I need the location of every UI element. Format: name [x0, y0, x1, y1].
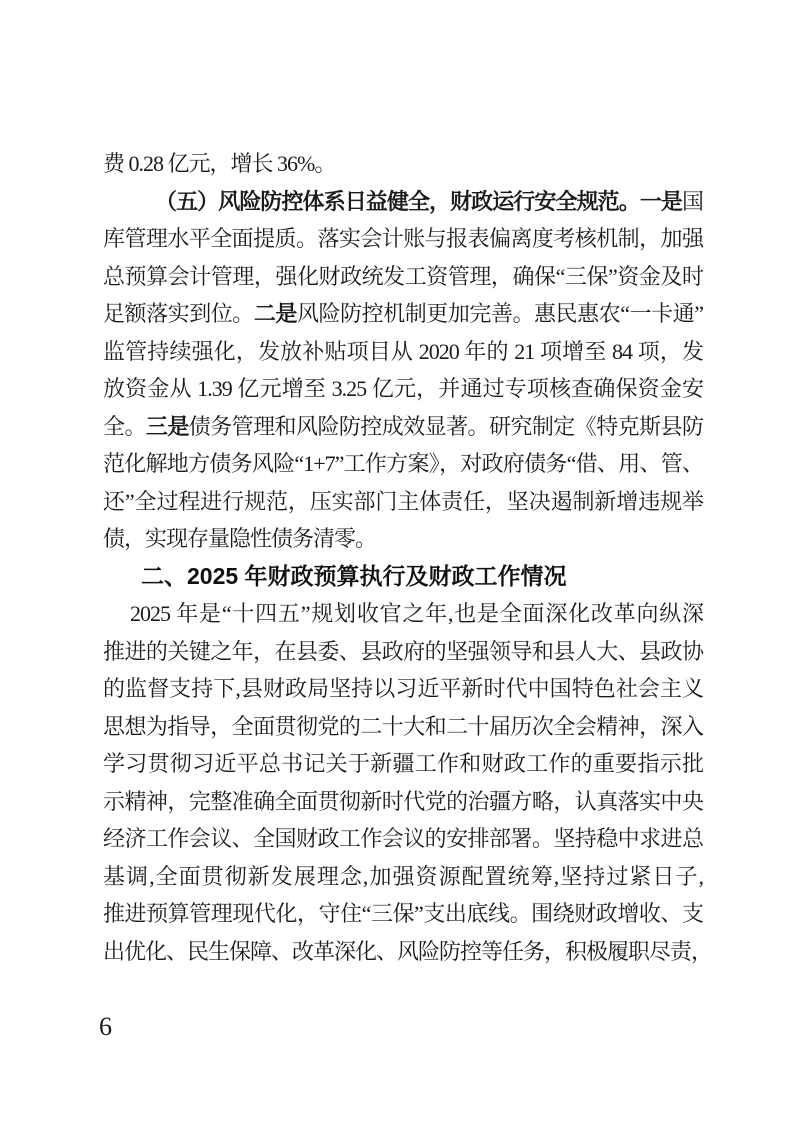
text-line: 债，实现存量隐性债务清零。 [103, 520, 703, 558]
text-run: 监管持续强化，发放补贴项目从 2020 年的 21 项增至 84 项，发 [103, 339, 703, 364]
text-run: 推进的关键之年，在县委、县政府的坚强领导和县人大、县政协 [103, 639, 703, 664]
document-page: 费 0.28 亿元，增长 36%。（五）风险防控体系日益健全，财政运行安全规范。… [0, 0, 793, 1122]
text-run: 示精神，完整准确全面贯彻新时代党的治疆方略，认真落实中央 [103, 789, 703, 814]
text-run: 范化解地方债务风险“1+7”工作方案》，对政府债务“借、用、管、 [103, 451, 703, 476]
text-line: 基调,全面贯彻新发展理念,加强资源配置统筹,坚持过紧日子, [103, 858, 703, 896]
text-line: （五）风险防控体系日益健全，财政运行安全规范。一是国 [103, 183, 703, 221]
text-line: 放资金从 1.39 亿元增至 3.25 亿元，并通过专项核查确保资金安 [103, 370, 703, 408]
document-body: 费 0.28 亿元，增长 36%。（五）风险防控体系日益健全，财政运行安全规范。… [103, 145, 703, 970]
text-line: 学习贯彻习近平总书记关于新疆工作和财政工作的重要指示批 [103, 745, 703, 783]
text-run: 学习贯彻习近平总书记关于新疆工作和财政工作的重要指示批 [103, 751, 703, 776]
text-line: 总预算会计管理，强化财政统发工资管理，确保“三保”资金及时 [103, 258, 703, 296]
text-run: 库管理水平全面提质。落实会计账与报表偏离度考核机制，加强 [103, 226, 703, 251]
text-run: 基调,全面贯彻新发展理念,加强资源配置统筹,坚持过紧日子, [103, 864, 703, 889]
text-run: 推进预算管理现代化，守住“三保”支出底线。围绕财政增收、支 [103, 901, 703, 926]
text-run: 全。 [103, 414, 146, 439]
text-run: 出优化、民生保障、改革深化、风险防控等任务，积极履职尽责， [103, 939, 712, 964]
text-line: 推进预算管理现代化，守住“三保”支出底线。围绕财政增收、支 [103, 895, 703, 933]
page-number: 6 [99, 1012, 112, 1042]
text-run: 总预算会计管理，强化财政统发工资管理，确保“三保”资金及时 [103, 264, 703, 289]
text-line: 库管理水平全面提质。落实会计账与报表偏离度考核机制，加强 [103, 220, 703, 258]
text-run: 还”全过程进行规范，压实部门主体责任，坚决遏制新增违规举 [103, 489, 703, 514]
text-run: 风险防控机制更加完善。惠民惠农“一卡通” [297, 301, 703, 326]
text-line: 还”全过程进行规范，压实部门主体责任，坚决遏制新增违规举 [103, 483, 703, 521]
text-line: 出优化、民生保障、改革深化、风险防控等任务，积极履职尽责， [103, 933, 703, 971]
text-run: 2025 年是“十四五”规划收官之年,也是全面深化改革向纵深 [130, 601, 703, 626]
text-run: 债务管理和风险防控成效显著。研究制定《特克斯县防 [189, 414, 703, 439]
text-line: 监管持续强化，发放补贴项目从 2020 年的 21 项增至 84 项，发 [103, 333, 703, 371]
text-run: 放资金从 1.39 亿元增至 3.25 亿元，并通过专项核查确保资金安 [103, 376, 703, 401]
text-line: 示精神，完整准确全面贯彻新时代党的治疆方略，认真落实中央 [103, 783, 703, 821]
text-run: 国 [682, 189, 703, 214]
text-run: 债，实现存量隐性债务清零。 [103, 526, 376, 551]
text-line: 经济工作会议、全国财政工作会议的安排部署。坚持稳中求进总 [103, 820, 703, 858]
text-run: 费 0.28 亿元，增长 36%。 [103, 151, 335, 176]
text-line: 范化解地方债务风险“1+7”工作方案》，对政府债务“借、用、管、 [103, 445, 703, 483]
text-run: 思想为指导，全面贯彻党的二十大和二十届历次全会精神，深入 [103, 714, 703, 739]
bold-text-run: 三是 [146, 414, 189, 439]
text-line: 2025 年是“十四五”规划收官之年,也是全面深化改革向纵深 [103, 595, 703, 633]
bold-text-run: 二、2025 年财政预算执行及财政工作情况 [141, 563, 567, 589]
text-line: 全。三是债务管理和风险防控成效显著。研究制定《特克斯县防 [103, 408, 703, 446]
text-run: 经济工作会议、全国财政工作会议的安排部署。坚持稳中求进总 [103, 826, 703, 851]
text-run: 的监督支持下,县财政局坚持以习近平新时代中国特色社会主义 [103, 676, 703, 701]
text-line: 费 0.28 亿元，增长 36%。 [103, 145, 703, 183]
text-run: 足额落实到位。 [103, 301, 254, 326]
text-line: 的监督支持下,县财政局坚持以习近平新时代中国特色社会主义 [103, 670, 703, 708]
text-line: 思想为指导，全面贯彻党的二十大和二十届历次全会精神，深入 [103, 708, 703, 746]
bold-text-run: 二是 [254, 301, 297, 326]
text-line: 足额落实到位。二是风险防控机制更加完善。惠民惠农“一卡通” [103, 295, 703, 333]
section-heading: 二、2025 年财政预算执行及财政工作情况 [103, 558, 703, 596]
bold-text-run: （五）风险防控体系日益健全，财政运行安全规范。一是 [155, 189, 682, 214]
text-line: 推进的关键之年，在县委、县政府的坚强领导和县人大、县政协 [103, 633, 703, 671]
